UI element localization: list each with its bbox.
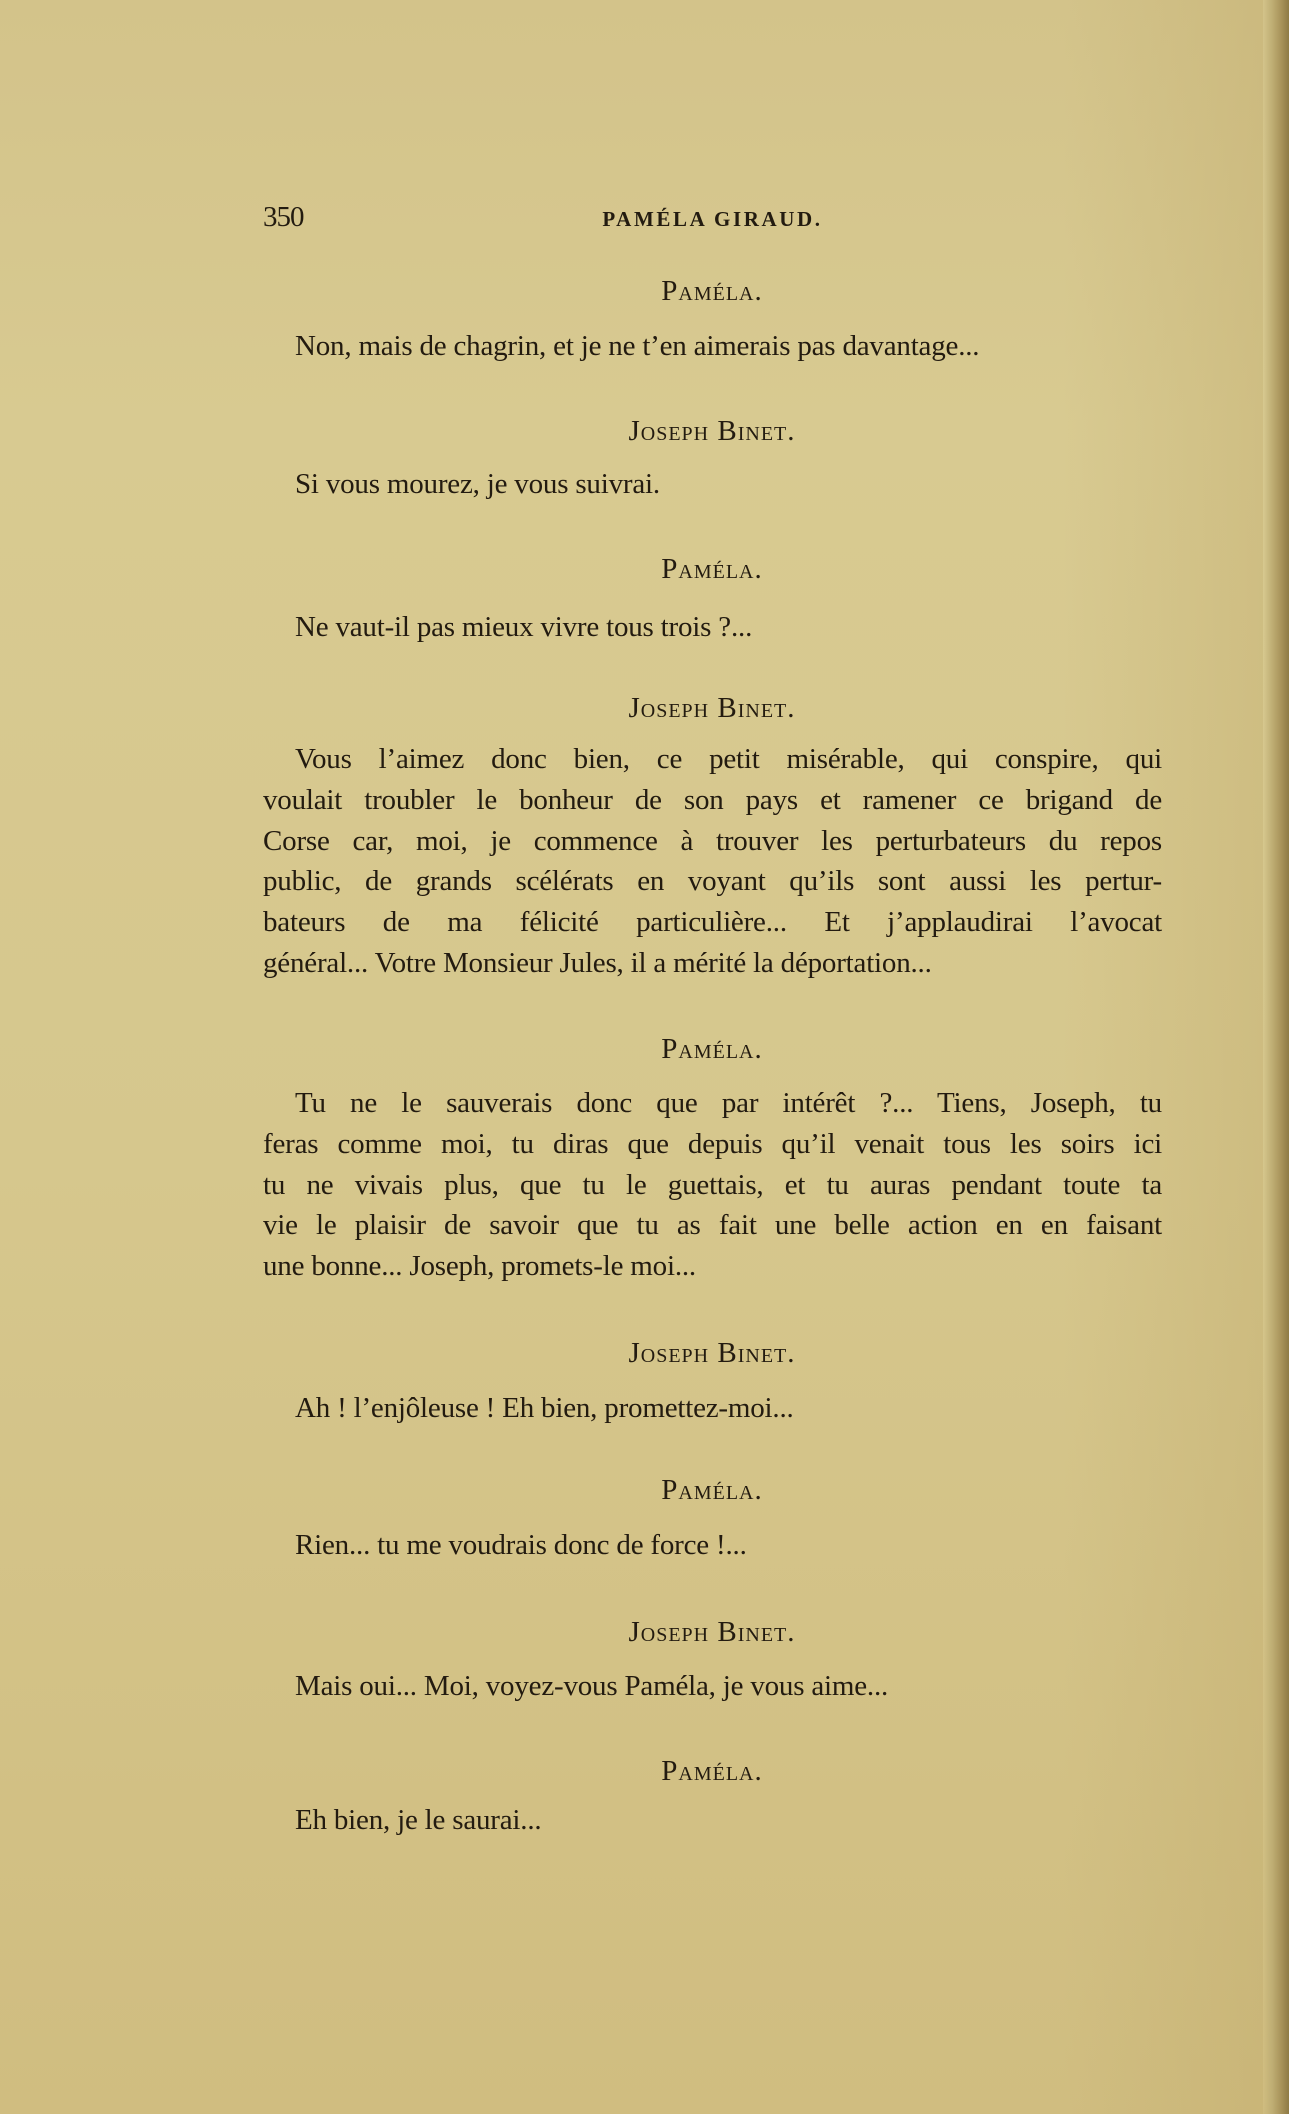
speaker-name: Joseph Binet.	[0, 1618, 1289, 1647]
speaker-name: Paméla.	[0, 277, 1289, 306]
dialogue-line: Ah ! l’enjôleuse ! Eh bien, promettez-mo…	[295, 1394, 794, 1423]
dialogue-line: Si vous mourez, je vous suivrai.	[295, 470, 660, 499]
dialogue-paragraph: Vous l’aimez donc bien, ce petit misérab…	[263, 739, 1162, 984]
dialogue-line: voulait troubler le bonheur de son pays …	[263, 780, 1162, 821]
speaker-name: Paméla.	[0, 1476, 1289, 1505]
dialogue-line: général... Votre Monsieur Jules, il a mé…	[263, 943, 1162, 984]
dialogue-paragraph: Tu ne le sauverais donc que par intérêt …	[263, 1083, 1162, 1287]
dialogue-line: tu ne vivais plus, que tu le guettais, e…	[263, 1165, 1162, 1206]
dialogue-line: une bonne... Joseph, promets-le moi...	[263, 1246, 1162, 1287]
speaker-name: Joseph Binet.	[0, 417, 1289, 446]
dialogue-line: vie le plaisir de savoir que tu as fait …	[263, 1205, 1162, 1246]
dialogue-line: Eh bien, je le saurai...	[295, 1806, 541, 1835]
dialogue-line: Ne vaut-il pas mieux vivre tous trois ?.…	[295, 613, 752, 642]
dialogue-line: Corse car, moi, je commence à trouver le…	[263, 821, 1162, 862]
dialogue-line: Rien... tu me voudrais donc de force !..…	[295, 1531, 747, 1560]
speaker-name: Paméla.	[0, 1035, 1289, 1064]
dialogue-line: bateurs de ma félicité particulière... E…	[263, 902, 1162, 943]
dialogue-line: feras comme moi, tu diras que depuis qu’…	[263, 1124, 1162, 1165]
speaker-name: Paméla.	[0, 555, 1289, 584]
dialogue-line: Non, mais de chagrin, et je ne t’en aime…	[295, 332, 979, 361]
dialogue-line: public, de grands scélérats en voyant qu…	[263, 861, 1162, 902]
speaker-name: Joseph Binet.	[0, 694, 1289, 723]
dialogue-line: Mais oui... Moi, voyez-vous Paméla, je v…	[295, 1672, 888, 1701]
dialogue-line: Tu ne le sauverais donc que par intérêt …	[263, 1083, 1162, 1124]
dialogue-line: Vous l’aimez donc bien, ce petit misérab…	[263, 739, 1162, 780]
speaker-name: Joseph Binet.	[0, 1339, 1289, 1368]
speaker-name: Paméla.	[0, 1757, 1289, 1786]
running-head: PAMÉLA GIRAUD.	[0, 209, 1289, 230]
